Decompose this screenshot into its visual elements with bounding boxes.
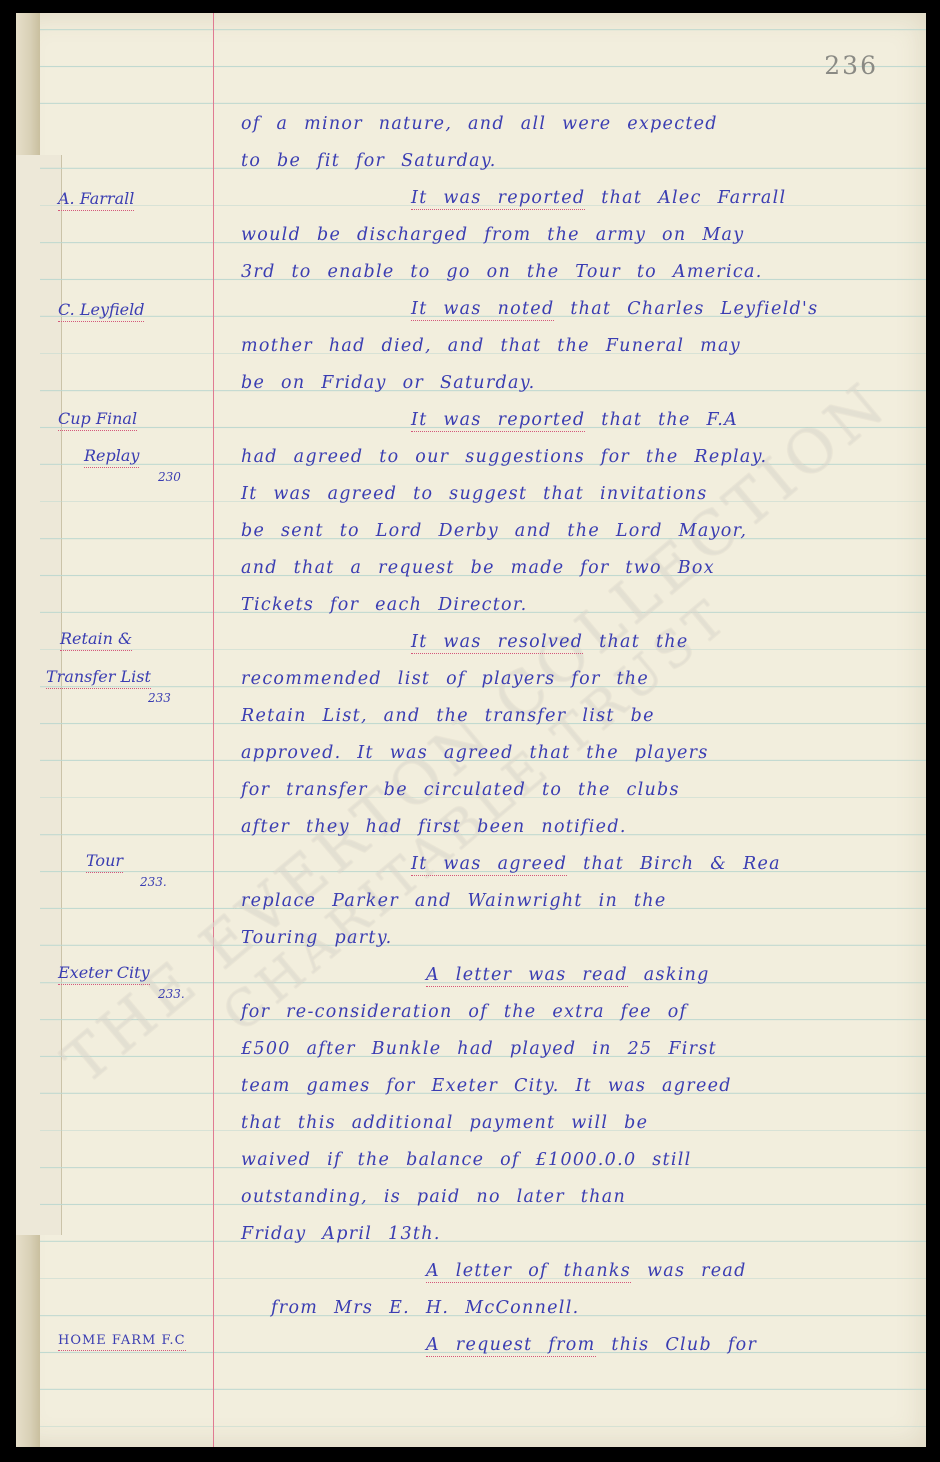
- margin-note-leyfield: C. Leyfield: [58, 300, 213, 319]
- text-line: would be discharged from the army on May: [241, 225, 744, 245]
- text-line: 3rd to enable to go on the Tour to Ameri…: [241, 262, 763, 282]
- text-line: waived if the balance of £1000.0.0 still: [241, 1150, 692, 1170]
- text-line: outstanding, is paid no later than: [241, 1187, 626, 1207]
- text-line: after they had first been notified.: [241, 817, 627, 837]
- text-line: for re-consideration of the extra fee of: [241, 1002, 687, 1022]
- margin-rule: [213, 13, 214, 1447]
- text-line: team games for Exeter City. It was agree…: [241, 1076, 732, 1096]
- text-line: had agreed to our suggestions for the Re…: [241, 447, 767, 467]
- margin-ref-tour: 233.: [140, 875, 167, 889]
- text-line: Retain List, and the transfer list be: [241, 706, 655, 726]
- text-line: Friday April 13th.: [241, 1224, 441, 1244]
- margin-note-exeter-city: Exeter City: [58, 963, 213, 982]
- text-line: It was noted that Charles Leyfield's: [411, 299, 818, 319]
- margin-ref-exeter: 233.: [158, 987, 185, 1001]
- text-line: and that a request be made for two Box: [241, 558, 715, 578]
- text-line: Touring party.: [241, 928, 392, 948]
- text-line: be on Friday or Saturday.: [241, 373, 536, 393]
- text-line: £500 after Bunkle had played in 25 First: [241, 1039, 717, 1059]
- margin-ref-replay: 230: [158, 470, 181, 484]
- margin-note-transfer-list: Transfer List: [46, 667, 201, 686]
- text-line: of a minor nature, and all were expected: [241, 114, 718, 134]
- margin-note-tour: Tour: [86, 851, 241, 870]
- margin-ref-transfer: 233: [148, 691, 171, 705]
- margin-note-replay: Replay: [84, 446, 239, 465]
- margin-note-retain: Retain &: [60, 629, 215, 648]
- page-number: 236: [824, 51, 878, 80]
- text-line: approved. It was agreed that the players: [241, 743, 709, 763]
- text-line: It was resolved that the: [411, 632, 689, 652]
- text-line: A request from this Club for: [426, 1335, 757, 1355]
- text-line: that this additional payment will be: [241, 1113, 648, 1133]
- text-line: replace Parker and Wainwright in the: [241, 891, 667, 911]
- text-line: It was reported that the F.A: [411, 410, 738, 430]
- margin-note-home-farm: HOME FARM F.C: [58, 1333, 213, 1348]
- text-line: A letter was read asking: [426, 965, 710, 985]
- text-line: It was agreed that Birch & Rea: [411, 854, 781, 874]
- margin-note-cup-final: Cup Final: [58, 409, 213, 428]
- text-line: to be fit for Saturday.: [241, 151, 497, 171]
- text-line: It was reported that Alec Farrall: [411, 188, 786, 208]
- text-line: mother had died, and that the Funeral ma…: [241, 336, 741, 356]
- text-line: recommended list of players for the: [241, 669, 649, 689]
- margin-note-farrall: A. Farrall: [58, 189, 213, 208]
- text-line: Tickets for each Director.: [241, 595, 528, 615]
- ledger-page: 236 THE EVERTON COLLECTION CHARITABLE TR…: [16, 13, 926, 1447]
- text-line: from Mrs E. H. McConnell.: [271, 1298, 579, 1318]
- text-line: A letter of thanks was read: [426, 1261, 747, 1281]
- text-line: It was agreed to suggest that invitation…: [241, 484, 708, 504]
- text-line: be sent to Lord Derby and the Lord Mayor…: [241, 521, 747, 541]
- text-line: for transfer be circulated to the clubs: [241, 780, 680, 800]
